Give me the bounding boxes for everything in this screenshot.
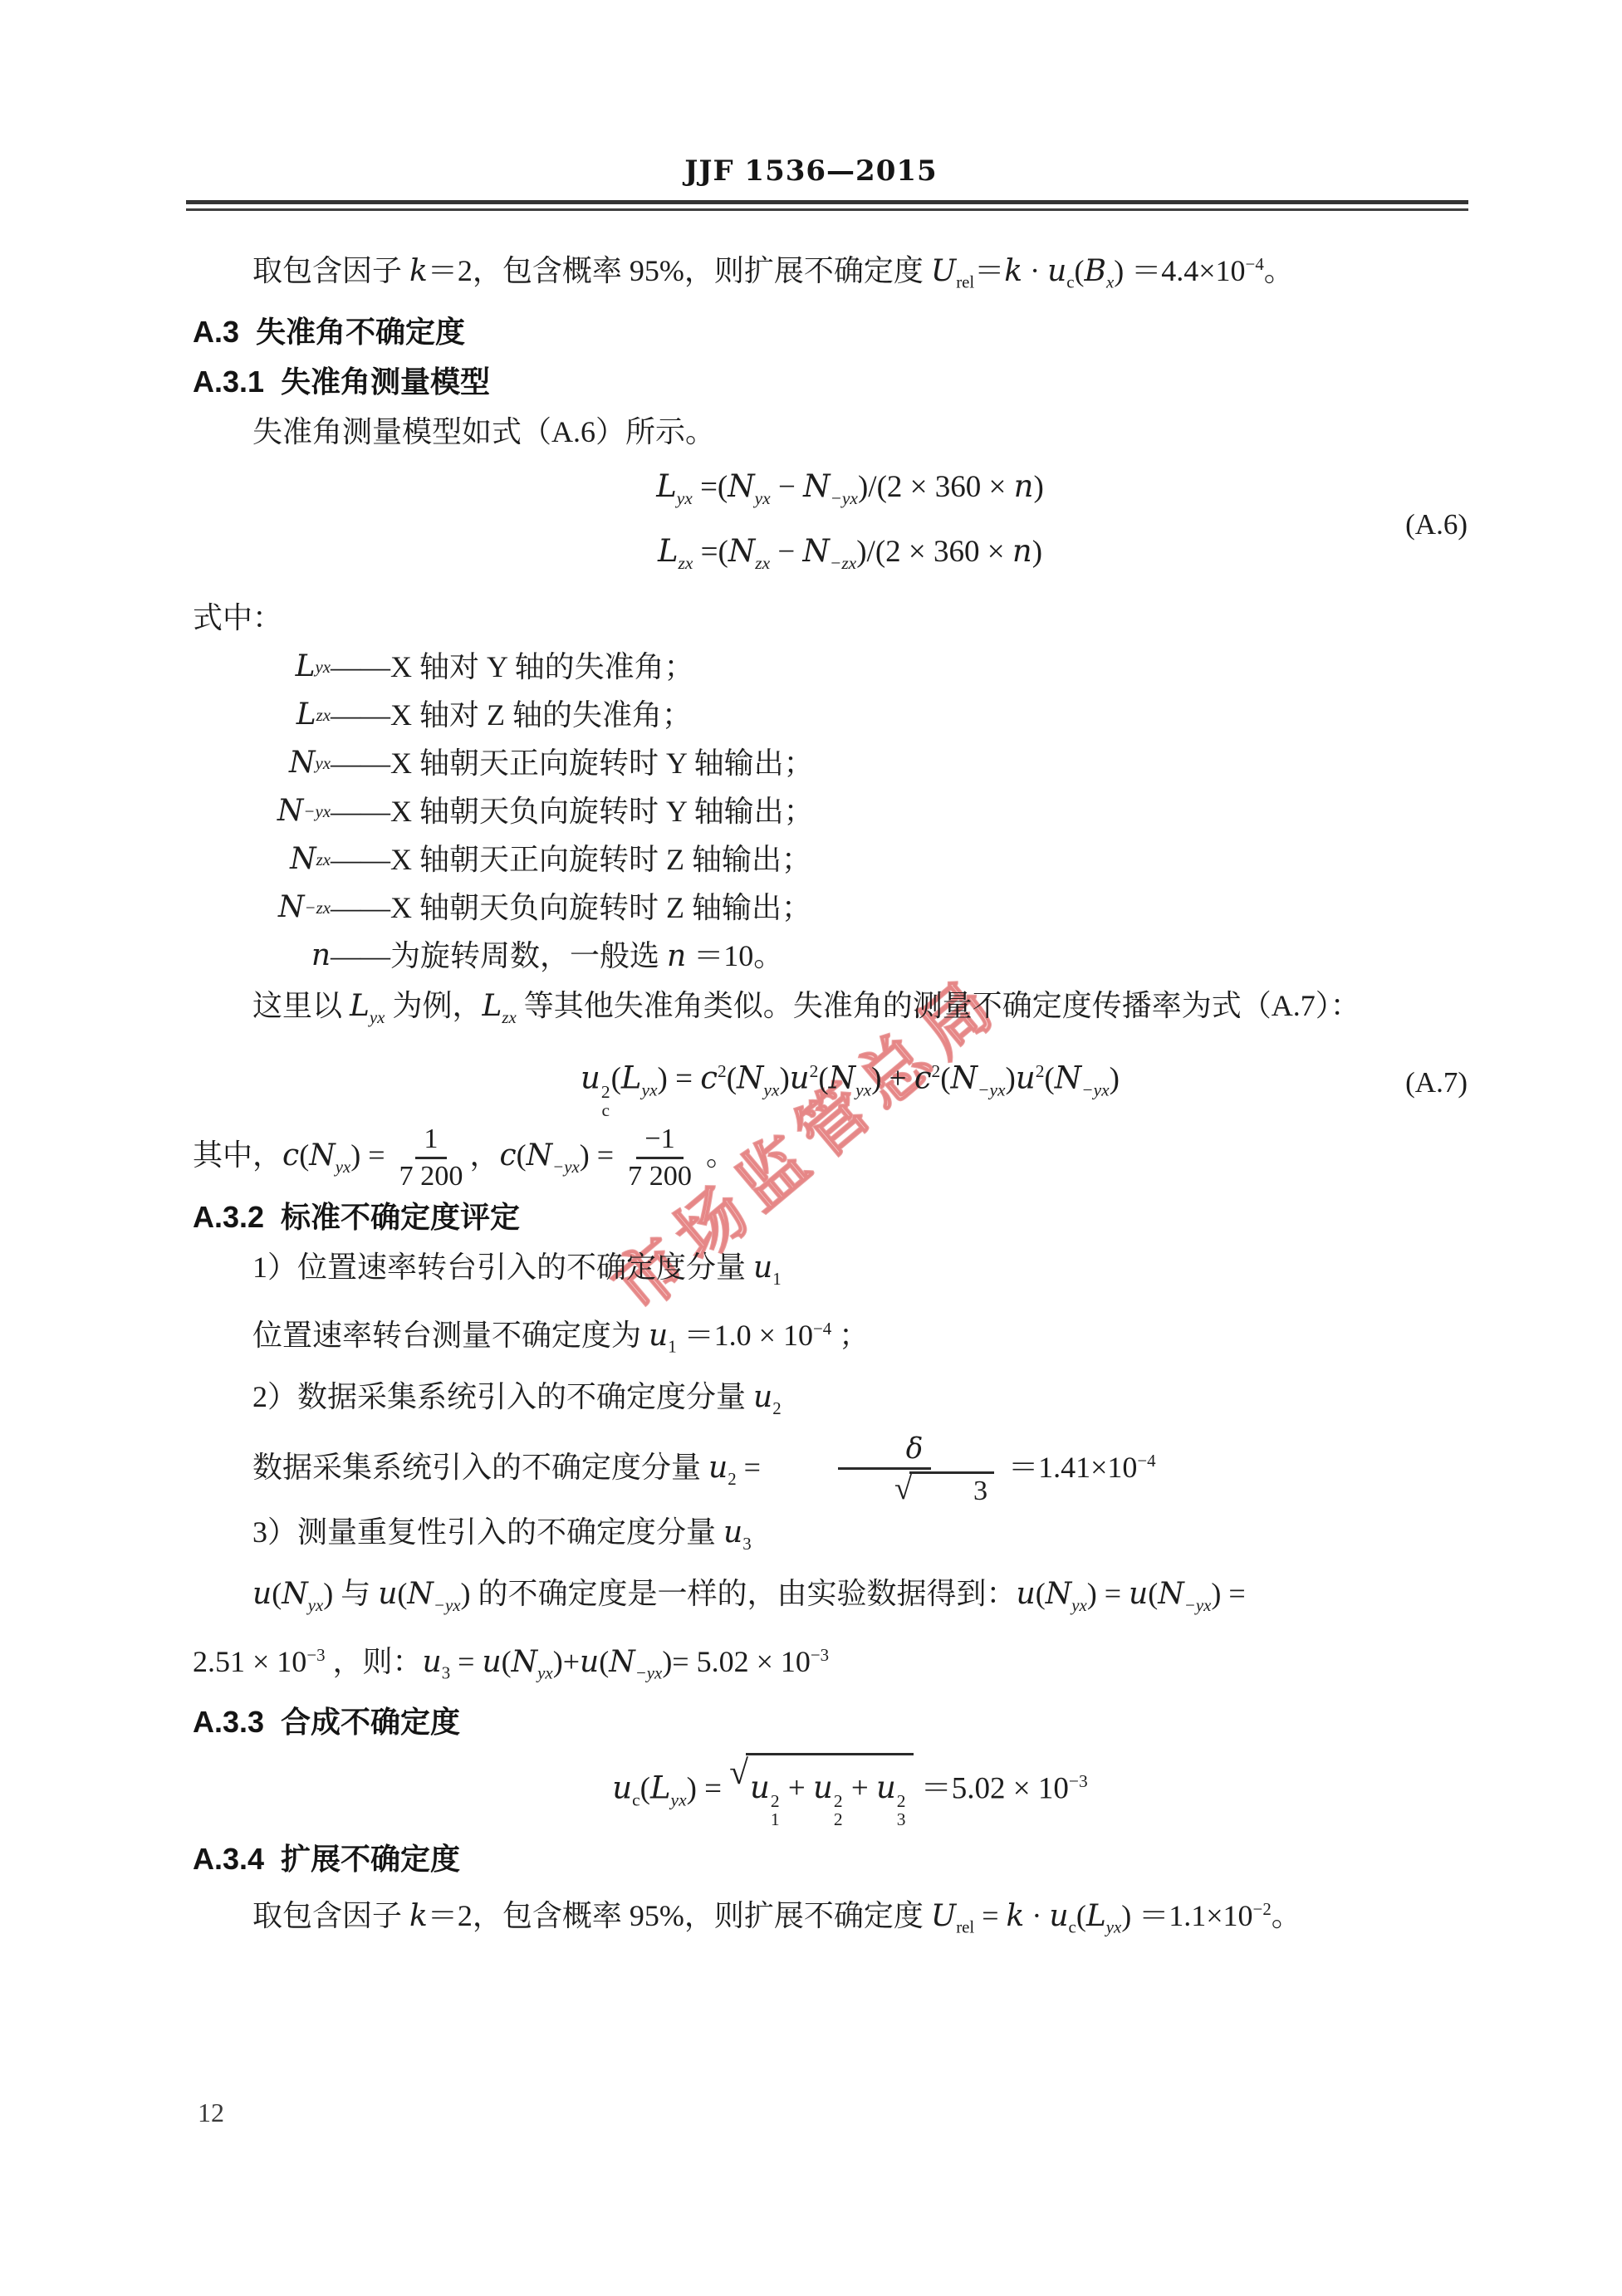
- math-variable: u: [753, 1251, 772, 1285]
- text-run: (: [1044, 1062, 1054, 1096]
- text-run: ): [1033, 470, 1043, 504]
- text-run: ) =: [658, 1062, 701, 1096]
- math-superscript: −3: [811, 1645, 829, 1665]
- text-run: ——X 轴朝天负向旋转时 Z 轴输出；: [331, 891, 811, 924]
- text-run: +: [781, 1771, 813, 1805]
- math-variable: n: [667, 939, 686, 973]
- math-superscript: 2: [897, 1793, 906, 1811]
- math-subscript: zx: [755, 553, 770, 573]
- math-variable: u: [581, 1060, 600, 1096]
- text-run: +: [844, 1771, 876, 1805]
- math-variable: n: [311, 932, 331, 981]
- math-variable: N: [728, 533, 755, 569]
- math-variable: u: [753, 1380, 772, 1414]
- math-variable: u: [252, 1577, 272, 1611]
- math-variable: L: [658, 533, 679, 569]
- math-subscript: zx: [316, 691, 331, 739]
- math-fraction: 17 200: [399, 1124, 463, 1193]
- text-run: =: [737, 1451, 768, 1484]
- text-run: 1）位置速率转台引入的不确定度分量: [252, 1251, 753, 1284]
- math-variable: N: [290, 835, 316, 884]
- text-run: 数据采集系统引入的不确定度分量: [252, 1451, 708, 1484]
- text-run: (: [727, 1062, 737, 1096]
- text-run: ) =: [350, 1138, 392, 1172]
- text-run: A.3.1 失准角测量模型: [193, 365, 490, 399]
- math-variable: N: [282, 1577, 308, 1611]
- math-subscript: zx: [679, 553, 693, 573]
- text-run: 2.51 × 10: [193, 1645, 306, 1678]
- math-superscript: −2: [1253, 1899, 1272, 1919]
- math-variable: N: [609, 1645, 635, 1679]
- math-radical: √3: [835, 1471, 994, 1507]
- text-run: ＝: [974, 254, 1004, 287]
- math-subscript: zx: [502, 1006, 516, 1026]
- math-subscript: yx: [671, 1790, 687, 1810]
- fraction-denominator: 7 200: [628, 1159, 692, 1192]
- math-superscript: 2: [601, 1084, 610, 1102]
- math-subscript: yx: [1071, 1595, 1087, 1615]
- math-variable: k: [409, 1899, 428, 1933]
- text-run: (: [611, 1062, 621, 1096]
- math-variable: u: [1049, 1899, 1068, 1933]
- definition-description: ——X 轴朝天正向旋转时 Y 轴输出；: [331, 739, 1507, 787]
- math-subscript: −yx: [552, 1157, 580, 1177]
- math-variable: c: [282, 1138, 299, 1172]
- math-superscript: 2: [810, 1061, 819, 1081]
- heading-a31: A.3.1 失准角测量模型: [193, 357, 1507, 407]
- math-variable: N: [728, 468, 754, 504]
- math-superscript: −4: [1137, 1451, 1155, 1471]
- math-subscript: yx: [763, 1080, 779, 1100]
- math-subscript: −yx: [978, 1080, 1006, 1100]
- definition-description: ——X 轴朝天负向旋转时 Y 轴输出；: [331, 787, 1507, 835]
- radical-sign: √: [835, 1473, 912, 1505]
- math-subsup: 23: [897, 1793, 906, 1829]
- math-subscript: c: [1066, 272, 1074, 292]
- text-run: 式中：: [193, 601, 282, 634]
- math-subscript: yx: [1106, 1917, 1122, 1936]
- math-variable: N: [527, 1138, 553, 1172]
- definition-item: N−yx——X 轴朝天负向旋转时 Y 轴输出；: [193, 787, 1507, 835]
- math-subscript: yx: [315, 643, 331, 691]
- text-run: A.3 失准角不确定度: [193, 315, 465, 349]
- para-model-intro: 失准角测量模型如式（A.6）所示。: [193, 407, 1507, 457]
- math-variable: U: [931, 254, 956, 288]
- text-run: 1: [424, 1124, 438, 1154]
- definition-item: Lzx——X 轴对 Z 轴的失准角；: [193, 691, 1507, 739]
- math-subscript: c: [601, 1102, 610, 1120]
- fraction-numerator: 1: [415, 1124, 446, 1159]
- math-variable: u: [708, 1451, 728, 1485]
- math-variable: N: [1055, 1060, 1081, 1096]
- text-run: ) ＝1.1×10: [1121, 1899, 1252, 1932]
- math-subscript: yx: [308, 1595, 324, 1615]
- heading-a3: A.3 失准角不确定度: [193, 307, 1507, 357]
- math-subscript: 1: [771, 1811, 780, 1829]
- math-fraction: δ√3: [775, 1433, 994, 1508]
- math-superscript: 2: [834, 1793, 843, 1811]
- para-item1: 1）位置速率转台引入的不确定度分量 u1: [193, 1242, 1507, 1304]
- text-run: )/(2 × 360 ×: [856, 535, 1012, 569]
- math-variable: N: [737, 1060, 763, 1096]
- math-radical: √u21 + u22 + u23: [729, 1753, 913, 1829]
- text-run: =(: [693, 470, 728, 504]
- definition-list: Lyx——X 轴对 Y 轴的失准角；Lzx——X 轴对 Z 轴的失准角；Nyx—…: [193, 643, 1507, 981]
- text-run: ＝2，包含概率 95%，则扩展不确定度: [428, 254, 931, 287]
- math-subscript: −zx: [830, 553, 856, 573]
- text-run: ) =: [580, 1138, 621, 1172]
- math-subscript: x: [1106, 272, 1114, 292]
- math-subscript: −yx: [434, 1595, 461, 1615]
- equation-line: Lzx =(Nzx − N−zx)/(2 × 360 × n): [193, 525, 1507, 590]
- math-superscript: 2: [1036, 1061, 1045, 1081]
- text-run: ——X 轴朝天正向旋转时 Z 轴输出；: [331, 843, 811, 876]
- text-run: ——X 轴对 Y 轴的失准角；: [331, 650, 694, 683]
- math-variable: u: [378, 1577, 397, 1611]
- header-rule: [186, 200, 1468, 211]
- fraction-denominator: 7 200: [399, 1159, 463, 1192]
- text-run: ): [1032, 535, 1042, 569]
- para-expanded-uncertainty-lyx: 取包含因子 k＝2，包含概率 95%，则扩展不确定度 Urel = k · uc…: [193, 1884, 1507, 1952]
- math-variable: u: [612, 1770, 632, 1806]
- text-run: 这里以: [252, 989, 350, 1022]
- math-subscript: c: [632, 1790, 640, 1810]
- text-run: =: [450, 1645, 482, 1678]
- definition-description: ——X 轴对 Z 轴的失准角；: [331, 691, 1507, 739]
- math-superscript: −3: [1069, 1771, 1088, 1791]
- text-run: 2）数据采集系统引入的不确定度分量: [252, 1380, 753, 1413]
- equation-line: Lyx =(Nyx − N−yx)/(2 × 360 × n): [193, 460, 1507, 525]
- math-variable: u: [1017, 1577, 1036, 1611]
- math-superscript: 2: [771, 1793, 780, 1811]
- math-variable: n: [1014, 468, 1034, 504]
- math-variable: N: [278, 884, 305, 932]
- text-run: ): [779, 1062, 789, 1096]
- math-subscript: c: [1069, 1917, 1076, 1936]
- equation-label: (A.6): [1405, 500, 1468, 550]
- text-run: −1: [644, 1124, 674, 1154]
- math-subsup: 2c: [601, 1084, 610, 1120]
- fraction-numerator: δ: [838, 1433, 932, 1470]
- text-run: 取包含因子: [252, 1899, 409, 1932]
- math-variable: u: [580, 1645, 599, 1679]
- math-variable: N: [803, 468, 830, 504]
- text-run: 3）测量重复性引入的不确定度分量: [252, 1515, 723, 1549]
- math-variable: n: [1012, 533, 1032, 569]
- text-run: 3: [973, 1476, 987, 1506]
- text-run: (: [299, 1138, 309, 1172]
- definition-item: N−zx——X 轴朝天负向旋转时 Z 轴输出；: [193, 884, 1507, 932]
- text-run: ) +: [871, 1062, 914, 1096]
- math-variable: u: [1129, 1577, 1148, 1611]
- heading-a33: A.3.3 合成不确定度: [193, 1697, 1507, 1747]
- text-run: )/(2 × 360 ×: [858, 470, 1014, 504]
- text-run: A.3.2 标准不确定度评定: [193, 1200, 520, 1234]
- math-subscript: 3: [742, 1534, 751, 1554]
- math-subscript: 3: [897, 1811, 906, 1829]
- math-variable: L: [621, 1060, 642, 1096]
- math-variable: L: [1086, 1899, 1106, 1933]
- math-subscript: yx: [315, 739, 331, 787]
- math-subscript: yx: [336, 1157, 351, 1177]
- math-variable: u: [649, 1319, 668, 1353]
- text-run: ——X 轴朝天正向旋转时 Y 轴输出；: [331, 747, 814, 780]
- text-run: ) =: [687, 1772, 730, 1806]
- math-subscript: 3: [442, 1662, 450, 1682]
- math-subscript: rel: [956, 1917, 974, 1936]
- text-run: (: [640, 1772, 650, 1806]
- text-run: ) 的不确定度是一样的，由实验数据得到：: [461, 1577, 1017, 1610]
- text-run: (: [1036, 1577, 1046, 1610]
- equation-line: u2c(Lyx) = c2(Nyx)u2(Nyx) + c2(N−yx)u2(N…: [193, 1045, 1507, 1119]
- text-run: =(: [693, 535, 728, 569]
- text-run: 。: [1272, 1899, 1301, 1932]
- math-subscript: yx: [755, 488, 771, 508]
- text-run: 7 200: [628, 1161, 692, 1192]
- math-variable: k: [1007, 1899, 1025, 1933]
- definition-term: Lyx: [193, 643, 331, 691]
- definition-description: ——X 轴朝天负向旋转时 Z 轴输出；: [331, 884, 1507, 932]
- definition-term: Nzx: [193, 835, 331, 884]
- text-run: 位置速率转台测量不确定度为: [252, 1319, 649, 1352]
- text-run: ): [1006, 1062, 1016, 1096]
- text-run: (: [517, 1138, 527, 1172]
- math-subscript: yx: [677, 488, 693, 508]
- para-expanded-uncertainty-bx: 取包含因子 k＝2，包含概率 95%，则扩展不确定度 Urel＝k · uc(B…: [193, 239, 1507, 307]
- text-run: ，则：: [326, 1645, 423, 1678]
- math-fraction: −17 200: [628, 1124, 692, 1193]
- document-header-title: JJF 1536—2015: [0, 154, 1622, 188]
- math-subsup: 21: [771, 1793, 780, 1829]
- math-subscript: −yx: [1184, 1595, 1212, 1615]
- math-variable: δ: [906, 1432, 924, 1466]
- para-repeatability-2: 2.51 × 10−3 ，则：u3 = u(Nyx)+u(N−yx)= 5.02…: [193, 1630, 1507, 1698]
- math-variable: u: [423, 1645, 442, 1679]
- math-subscript: −zx: [305, 884, 331, 932]
- text-run: (: [1148, 1577, 1158, 1610]
- text-run: ) ＝4.4×10: [1114, 254, 1245, 287]
- math-variable: u: [876, 1770, 896, 1805]
- math-subscript: −yx: [830, 488, 858, 508]
- math-variable: N: [289, 739, 316, 787]
- text-run: −: [770, 535, 802, 569]
- text-run: (: [1076, 1899, 1086, 1932]
- radical-sign: √: [729, 1755, 748, 1789]
- definition-description: ——X 轴朝天正向旋转时 Z 轴输出；: [331, 835, 1507, 884]
- heading-a34: A.3.4 扩展不确定度: [193, 1834, 1507, 1884]
- text-run: ＝5.02 × 10: [914, 1772, 1069, 1806]
- text-run: ) 与: [323, 1577, 378, 1610]
- math-subscript: 2: [728, 1468, 736, 1488]
- text-run: ): [1110, 1062, 1120, 1096]
- math-subscript: rel: [956, 272, 974, 292]
- definition-term: n: [193, 932, 331, 981]
- math-subscript: −yx: [303, 787, 331, 835]
- math-variable: c: [914, 1060, 932, 1096]
- math-variable: B: [1085, 254, 1106, 288]
- math-subscript: 2: [772, 1398, 781, 1418]
- document-body: 取包含因子 k＝2，包含概率 95%，则扩展不确定度 Urel＝k · uc(B…: [193, 239, 1507, 1951]
- text-run: A.3.3 合成不确定度: [193, 1705, 460, 1739]
- text-run: 。: [698, 1138, 736, 1172]
- math-superscript: −4: [813, 1319, 831, 1339]
- math-subscript: yx: [641, 1080, 657, 1100]
- math-variable: u: [1016, 1060, 1036, 1096]
- math-subscript: yx: [855, 1080, 871, 1100]
- definition-term: Lzx: [193, 691, 331, 739]
- math-variable: c: [499, 1138, 516, 1172]
- radical-body: u21 + u22 + u23: [746, 1753, 913, 1829]
- math-variable: L: [482, 989, 502, 1023]
- para-item1-value: 位置速率转台测量不确定度为 u1 ＝1.0 × 10−4 ；: [193, 1304, 1507, 1372]
- text-run: (: [1075, 254, 1085, 287]
- math-subsup: 22: [834, 1793, 843, 1829]
- math-variable: u: [750, 1770, 770, 1805]
- text-run: −: [771, 470, 803, 504]
- math-variable: N: [802, 533, 829, 569]
- text-run: 。: [1264, 254, 1294, 287]
- text-run: ；: [831, 1319, 869, 1352]
- text-run: ·: [1022, 254, 1047, 287]
- equation-a7: u2c(Lyx) = c2(Nyx)u2(Nyx) + c2(N−yx)u2(N…: [193, 1045, 1507, 1119]
- text-run: ·: [1024, 1899, 1049, 1932]
- math-subscript: 1: [668, 1337, 676, 1357]
- definition-item: n——为旋转周数，一般选 n ＝10。: [193, 932, 1507, 981]
- equation-a6: Lyx =(Nyx − N−yx)/(2 × 360 × n)Lzx =(Nzx…: [193, 460, 1507, 590]
- math-variable: k: [409, 254, 428, 288]
- math-subscript: 1: [772, 1269, 781, 1289]
- math-variable: L: [296, 643, 316, 691]
- fraction-numerator: −1: [636, 1124, 683, 1159]
- math-variable: u: [813, 1770, 833, 1805]
- text-run: ，: [469, 1138, 499, 1172]
- text-run: ——为旋转周数，一般选: [331, 939, 667, 972]
- text-run: 为例，: [385, 989, 482, 1022]
- document-page: JJF 1536—2015 市场监管总局 取包含因子 k＝2，包含概率 95%，…: [0, 0, 1622, 2296]
- math-variable: L: [350, 989, 370, 1023]
- definition-term: N−yx: [193, 787, 331, 835]
- text-run: 等其他失准角类似。失准角的测量不确定度传播率为式（A.7）：: [517, 989, 1360, 1022]
- para-where: 式中：: [193, 593, 1507, 643]
- text-run: ＝10。: [686, 939, 783, 972]
- math-variable: N: [829, 1060, 855, 1096]
- math-variable: N: [1158, 1577, 1184, 1611]
- text-run: 其中，: [193, 1138, 282, 1172]
- text-run: ——X 轴对 Z 轴的失准角；: [331, 698, 692, 732]
- radical-body: 3: [909, 1471, 994, 1507]
- para-item2: 2）数据采集系统引入的不确定度分量 u2: [193, 1372, 1507, 1433]
- math-variable: u: [723, 1515, 742, 1549]
- fraction-denominator: √3: [775, 1470, 994, 1507]
- math-superscript: −3: [306, 1645, 325, 1665]
- page-number: 12: [198, 2098, 224, 2128]
- math-subscript: zx: [316, 835, 331, 884]
- text-run: ——X 轴朝天负向旋转时 Y 轴输出；: [331, 795, 814, 828]
- definition-item: Nzx——X 轴朝天正向旋转时 Z 轴输出；: [193, 835, 1507, 884]
- math-variable: k: [1004, 254, 1022, 288]
- equation-label: (A.7): [1405, 1058, 1468, 1108]
- math-variable: N: [951, 1060, 978, 1096]
- math-subscript: −yx: [1081, 1080, 1110, 1100]
- text-run: ) =: [1211, 1577, 1245, 1610]
- math-variable: u: [482, 1645, 501, 1679]
- para-item2-value: 数据采集系统引入的不确定度分量 u2 = δ√3 ＝1.41×10−4: [193, 1433, 1507, 1508]
- math-subscript: 2: [834, 1811, 843, 1829]
- text-run: (: [397, 1577, 407, 1610]
- math-variable: N: [1046, 1577, 1072, 1611]
- text-run: (: [502, 1645, 512, 1678]
- math-variable: L: [656, 468, 677, 504]
- para-repeatability-1: u(Nyx) 与 u(N−yx) 的不确定度是一样的，由实验数据得到：u(Nyx…: [193, 1569, 1507, 1630]
- math-variable: L: [296, 691, 316, 739]
- heading-a32: A.3.2 标准不确定度评定: [193, 1192, 1507, 1242]
- math-variable: N: [512, 1645, 538, 1679]
- math-variable: U: [931, 1899, 956, 1933]
- text-run: 失准角测量模型如式（A.6）所示。: [252, 415, 715, 448]
- math-variable: u: [790, 1060, 810, 1096]
- text-run: ＝2，包含概率 95%，则扩展不确定度: [428, 1899, 931, 1932]
- math-variable: u: [1047, 254, 1066, 288]
- definition-description: ——为旋转周数，一般选 n ＝10。: [331, 932, 1507, 981]
- definition-term: Nyx: [193, 739, 331, 787]
- math-superscript: 2: [718, 1061, 727, 1081]
- equation-combined: uc(Lyx) = √u21 + u22 + u23 ＝5.02 × 10−3: [193, 1750, 1507, 1830]
- definition-term: N−zx: [193, 884, 331, 932]
- text-run: A.3.4 扩展不确定度: [193, 1842, 460, 1876]
- math-variable: N: [407, 1577, 434, 1611]
- text-run: (: [272, 1577, 282, 1610]
- math-variable: L: [650, 1770, 671, 1806]
- text-run: 取包含因子: [252, 254, 409, 287]
- text-run: =: [974, 1899, 1006, 1932]
- definition-description: ——X 轴对 Y 轴的失准角；: [331, 643, 1507, 691]
- definition-item: Nyx——X 轴朝天正向旋转时 Y 轴输出；: [193, 739, 1507, 787]
- math-variable: N: [309, 1138, 336, 1172]
- text-run: 7 200: [399, 1161, 463, 1192]
- text-run: ＝1.0 × 10: [677, 1319, 813, 1352]
- math-superscript: 2: [932, 1061, 941, 1081]
- text-run: ) =: [1087, 1577, 1129, 1610]
- text-run: )= 5.02 × 10: [662, 1645, 811, 1678]
- math-superscript: −4: [1246, 254, 1264, 274]
- text-run: ＝1.41×10: [1001, 1451, 1137, 1484]
- math-subscript: −yx: [635, 1662, 663, 1682]
- math-variable: c: [700, 1060, 718, 1096]
- definition-item: Lyx——X 轴对 Y 轴的失准角；: [193, 643, 1507, 691]
- text-run: )+: [553, 1645, 580, 1678]
- text-run: (: [599, 1645, 609, 1678]
- math-subscript: yx: [370, 1006, 385, 1026]
- math-subscript: yx: [537, 1662, 553, 1682]
- para-coefficients: 其中，c(Nyx) = 17 200，c(N−yx) = −17 200 。: [193, 1124, 1507, 1193]
- para-item3: 3）测量重复性引入的不确定度分量 u3: [193, 1507, 1507, 1569]
- text-run: (: [818, 1062, 828, 1096]
- equation-line: uc(Lyx) = √u21 + u22 + u23 ＝5.02 × 10−3: [193, 1750, 1507, 1830]
- para-a7-intro: 这里以 Lyx 为例，Lzx 等其他失准角类似。失准角的测量不确定度传播率为式（…: [193, 981, 1507, 1042]
- math-variable: N: [277, 787, 304, 835]
- text-run: (: [940, 1062, 950, 1096]
